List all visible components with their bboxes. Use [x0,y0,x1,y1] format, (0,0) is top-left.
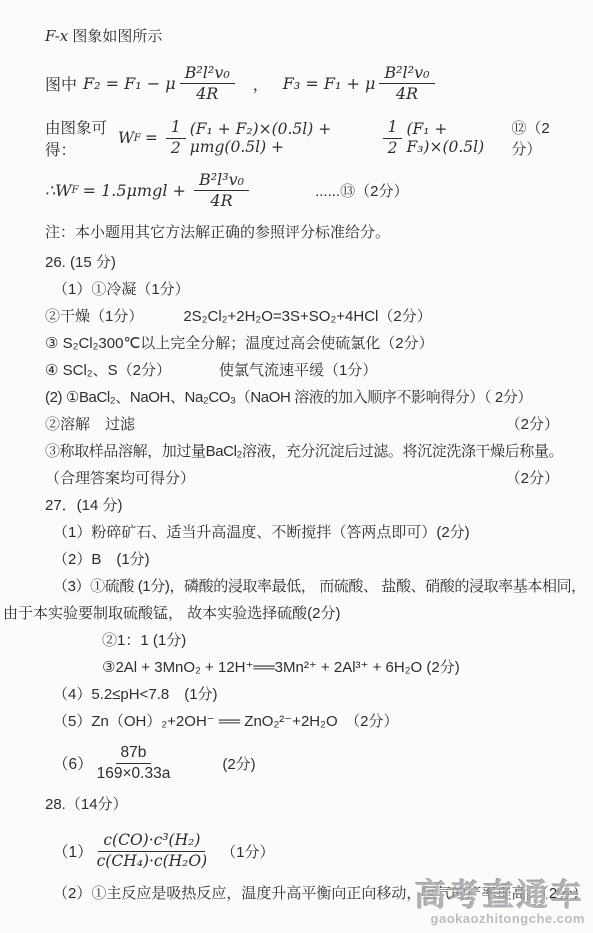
answer-sheet-page: F-x 图象如图所示 图中 F₂ = F₁ − μ B²l²v₀ 4R ， F₃… [0,0,593,907]
work-symbol-W-subscript: F [134,133,141,144]
result-fraction: B²l³v₀ 4R [194,171,249,210]
f3-fraction-denominator: 4R [396,84,418,103]
grading-note: 注：本小题用其它方法解正确的参照评分标准给分。 [45,217,565,249]
q27-answer-1: （1）粉碎矿石、适当升高温度、不断搅拌（答两点即可）(2分) [45,519,565,546]
physics-result-formula: ∴WF = 1.5μmgl + B²l³v₀ 4R ......⑬（2分） [45,163,565,217]
q27-a6-label: （6） [53,752,93,774]
q27-a6-numerator: 87b [116,744,152,763]
result-lead: ∴W [45,181,72,200]
work-equals: = [145,129,158,147]
q28-title: 28.（14分） [45,791,565,818]
q28-answer-2: （2）①主反应是吸热反应，温度升高平衡向正向移动，氢气的产率提高。（2分） [45,880,565,907]
q26-answer-2-3: ③称取样品溶解，加过量BaCl₂溶液，充分沉淀后过滤。将沉淀洗涤干燥后称量。 [45,438,565,465]
f3-equation-left: F₃ = F₁ + μ [283,74,376,93]
q26-answer-2-1: (2) ①BaCl₂、NaOH、Na₂CO₃（NaOH 溶液的加入顺序不影响得分… [45,384,565,411]
physics-intro-line: F-x 图象如图所示 [45,20,565,53]
result-score-mark: ......⑬（2分） [315,180,408,201]
f3-fraction: B²l²v₀ 4R [379,64,434,103]
q27-answer-3a: （3）①硫酸 (1分)，磷酸的浸取率最低， 而硫酸、 盐酸、硝酸的浸取率基本相同… [45,573,565,600]
half-fraction-2: 1 2 [383,119,403,157]
fx-symbol: F-x [45,27,68,45]
q27-answer-3c: ②1：1 (1分) [45,627,565,654]
half1-numerator: 1 [166,119,186,138]
q26-a2-equation: 2S₂Cl₂+2H₂O=3S+SO₂+4HCl（2分） [183,303,431,330]
q27-answer-3d: ③2Al + 3MnO₂ + 12H⁺══3Mn²⁺ + 2Al³⁺ + 6H₂… [45,654,565,681]
q28-answer-1: （1） c(CO)·c³(H₂) c(CH₄)·c(H₂O) （1分） [45,822,565,880]
q27-a6-denominator: 169×0.33a [97,764,171,782]
q26-b2-left: ②溶解 过滤 [45,411,135,438]
comma-separator: ， [253,72,269,95]
q27-a6-score: (2分) [222,753,255,774]
q26-a4-right: 使氯气流速平缓（1分） [219,357,377,384]
q27-answer-4: （4）5.2≤pH<7.8 (1分) [45,681,565,708]
half2-denominator: 2 [388,139,398,157]
q27-answer-3b: 由于本实验要制取硫酸锰， 故本实验选择硫酸(2分) [3,600,565,627]
q26-answer-1-3: ③ S₂Cl₂300℃以上完全分解；温度过高会使硫氯化（2分） [45,330,565,357]
half1-denominator: 2 [171,139,181,157]
result-fraction-numerator: B²l³v₀ [194,171,249,191]
watermark-site-url: gaokaozhitongche.com [415,911,585,927]
q26-b2-score: （2分） [506,411,565,438]
physics-given-formula: 图中 F₂ = F₁ − μ B²l²v₀ 4R ， F₃ = F₁ + μ B… [45,53,565,113]
q27-answer-6: （6） 87b 169×0.33a (2分) [45,735,565,791]
half-fraction-1: 1 2 [166,119,186,157]
result-mid: = 1.5μmgl + [83,181,186,200]
q27-a6-fraction: 87b 169×0.33a [97,744,171,782]
q26-answer-2-2: ②溶解 过滤 （2分） [45,411,565,438]
q27-title: 27．(14 分) [45,492,565,519]
work-lead: 由图象可得： [45,116,118,160]
q26-a2-left: ②干燥（1分） [45,303,143,330]
half2-numerator: 1 [383,119,403,138]
q28-a1-numerator: c(CO)·c³(H₂) [98,832,205,851]
intro-text: 图象如图所示 [68,28,162,45]
q26-b4-left: （合理答案均可得分） [45,465,195,492]
f2-fraction-numerator: B²l²v₀ [180,64,235,84]
result-fraction-denominator: 4R [210,191,232,210]
q26-answer-1-1: （1）①冷凝（1分） [45,276,565,303]
q26-answer-2-4: （合理答案均可得分） （2分） [45,465,565,492]
f3-fraction-numerator: B²l²v₀ [379,64,434,84]
f2-equation-left: F₂ = F₁ − μ [83,74,176,93]
result-W-subscript: F [72,185,79,196]
q28-a1-score: （1分） [221,841,274,862]
work-symbol-W: W [118,129,134,147]
q26-title: 26. (15 分) [45,249,565,276]
q28-a1-denominator: c(CH₄)·c(H₂O) [97,852,208,870]
q26-a4-left: ④ SCl₂、S（2分） [45,357,171,384]
f2-fraction: B²l²v₀ 4R [180,64,235,103]
work-score-mark: ⑫（2分） [511,117,565,159]
given-lead: 图中 [45,72,77,95]
q27-answer-5: （5）Zn（OH）₂+2OH⁻ ══ ZnO₂²⁻+2H₂O （2分） [45,708,565,735]
q26-b4-score: （2分） [506,465,565,492]
q28-a1-label: （1） [53,840,93,862]
work-segment-2: (F₁ + F₃)×(0.5l) [406,120,503,156]
f2-fraction-denominator: 4R [196,84,218,103]
physics-work-formula: 由图象可得： WF = 1 2 (F₁ + F₂)×(0.5l) + μmg(0… [45,113,565,163]
q26-answer-1-2: ②干燥（1分） 2S₂Cl₂+2H₂O=3S+SO₂+4HCl（2分） [45,303,565,330]
q26-answer-1-4: ④ SCl₂、S（2分） 使氯气流速平缓（1分） [45,357,565,384]
q28-a1-fraction: c(CO)·c³(H₂) c(CH₄)·c(H₂O) [97,832,208,870]
work-segment-1: (F₁ + F₂)×(0.5l) + μmg(0.5l) + [190,120,379,156]
q27-answer-2: （2）B (1分) [45,546,565,573]
